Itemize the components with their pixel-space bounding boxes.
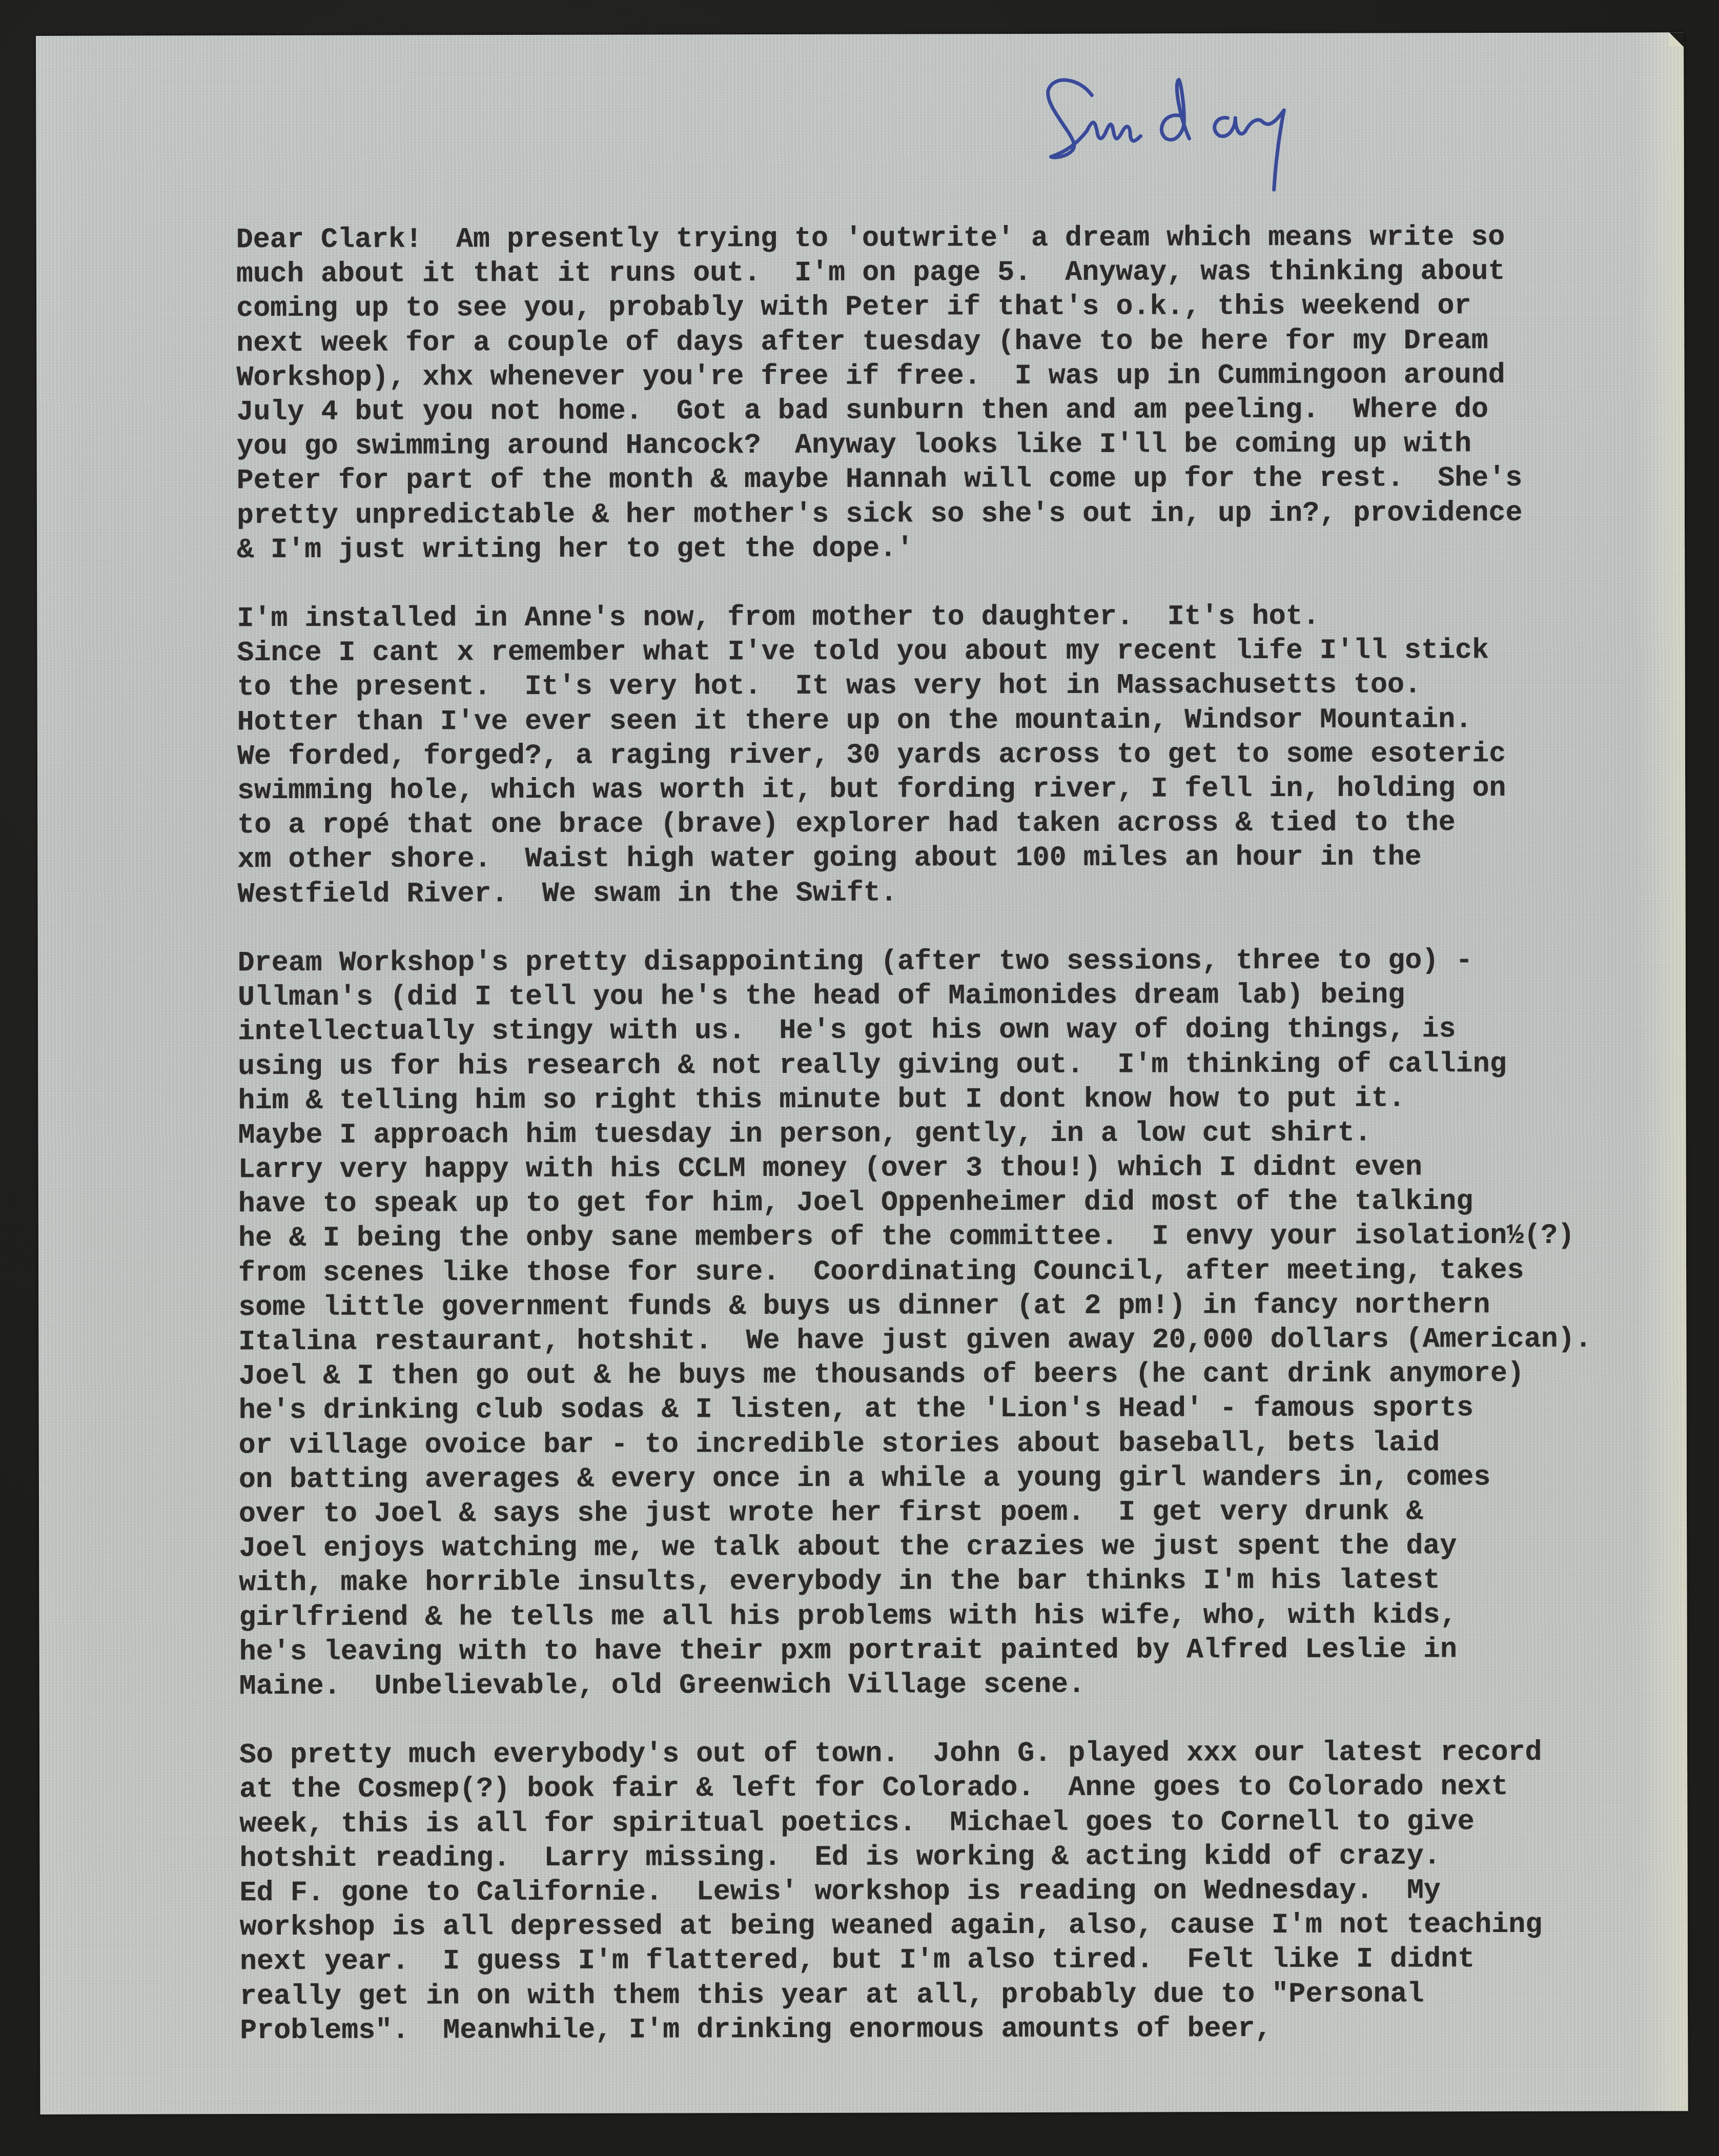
text-line: to a ropé that one brace (brave) explore… <box>237 805 1698 842</box>
text-line: July 4 but you not home. Got a bad sunbu… <box>236 392 1697 429</box>
text-line: Problems". Meanwhile, I'm drinking enorm… <box>240 2010 1701 2048</box>
text-line: he's leaving with to have their pxm port… <box>239 1632 1700 1669</box>
letter-body: Dear Clark! Am presently trying to 'outw… <box>236 219 1701 2082</box>
text-line: Larry very happy with his CCLM money (ov… <box>238 1149 1699 1187</box>
paragraph-dream-workshop: Dream Workshop's pretty disappointing (a… <box>238 943 1700 1703</box>
text-line: using us for his research & not really g… <box>238 1046 1698 1084</box>
text-line: Dear Clark! Am presently trying to 'outw… <box>236 219 1697 257</box>
text-line: Workshop), xhx whenever you're free if f… <box>236 357 1697 395</box>
text-line: pretty unpredictable & her mother's sick… <box>237 495 1697 533</box>
text-line: I'm installed in Anne's now, from mother… <box>237 598 1697 636</box>
text-line: really get in on with them this year at … <box>240 1976 1701 2013</box>
text-line: intellectually stingy with us. He's got … <box>238 1012 1698 1049</box>
text-line: hotshit reading. Larry missing. Ed is wo… <box>239 1838 1700 1876</box>
text-line: him & telling him so right this minute b… <box>238 1081 1698 1118</box>
text-line: next week for a couple of days after tue… <box>236 323 1697 360</box>
text-line: coming up to see you, probably with Pete… <box>236 289 1697 326</box>
text-line: Ullman's (did I tell you he's the head o… <box>238 977 1698 1014</box>
text-line: or village ovoice bar - to incredible st… <box>239 1425 1700 1462</box>
handwritten-date-annotation: Sunday <box>1025 53 1487 188</box>
text-line: on batting averages & every once in a wh… <box>239 1459 1700 1497</box>
text-line: swimming hole, which was worth it, but f… <box>237 770 1698 808</box>
text-line: girlfriend & he tells me all his problem… <box>239 1597 1700 1635</box>
text-line: he & I being the onby sane members of th… <box>238 1218 1699 1256</box>
text-line: have to speak up to get for him, Joel Op… <box>238 1184 1699 1221</box>
text-line: over to Joel & says she just wrote her f… <box>239 1494 1700 1531</box>
text-line: Dream Workshop's pretty disappointing (a… <box>238 943 1698 980</box>
text-line: much about it that it runs out. I'm on p… <box>236 254 1697 291</box>
text-line: Maybe I approach him tuesday in person, … <box>238 1115 1698 1152</box>
text-line: he's drinking club sodas & I listen, at … <box>239 1391 1700 1428</box>
text-line: next year. I guess I'm flattered, but I'… <box>240 1942 1701 1979</box>
paragraph-greeting: Dear Clark! Am presently trying to 'outw… <box>236 219 1697 567</box>
text-line: at the Cosmep(?) book fair & left for Co… <box>239 1769 1700 1807</box>
text-line: Italina restaurant, hotshit. We have jus… <box>238 1321 1699 1359</box>
text-line: Joel enjoys watching me, we talk about t… <box>239 1528 1700 1565</box>
text-line: some little government funds & buys us d… <box>238 1287 1699 1325</box>
text-line: & I'm just writing her to get the dope.' <box>237 530 1697 567</box>
paragraph-out-of-town: So pretty much everybody's out of town. … <box>239 1735 1701 2048</box>
text-line: from scenes like those for sure. Coordin… <box>238 1253 1699 1290</box>
text-line: Joel & I then go out & he buys me thousa… <box>238 1356 1699 1393</box>
text-line: xm other shore. Waist high water going a… <box>237 840 1698 877</box>
text-line: Hotter than I've ever seen it there up o… <box>237 702 1698 739</box>
text-line: you go swimming around Hancock? Anyway l… <box>237 426 1697 463</box>
folded-corner <box>1669 32 1684 47</box>
text-line: Ed F. gone to Californie. Lewis' worksho… <box>240 1873 1701 1910</box>
paragraph-massachusetts: I'm installed in Anne's now, from mother… <box>237 598 1698 911</box>
letter-page: Sunday Dear Clark! Am presently trying t… <box>36 32 1688 2114</box>
text-line: We forded, forged?, a raging river, 30 y… <box>237 736 1698 774</box>
text-line: workshop is all depressed at being weane… <box>240 1907 1701 1944</box>
text-line: to the present. It's very hot. It was ve… <box>237 667 1698 705</box>
text-line: So pretty much everybody's out of town. … <box>239 1735 1700 1772</box>
text-line: week, this is all for spiritual poetics.… <box>239 1804 1700 1841</box>
text-line: with, make horrible insults, everybody i… <box>239 1563 1700 1600</box>
text-line: Westfield River. We swam in the Swift. <box>237 874 1698 911</box>
text-line: Peter for part of the month & maybe Hann… <box>237 461 1697 498</box>
text-line: Maine. Unbelievable, old Greenwich Villa… <box>239 1666 1700 1703</box>
text-line: Since I cant x remember what I've told y… <box>237 633 1697 670</box>
handwriting-sunday-icon <box>1025 53 1487 188</box>
